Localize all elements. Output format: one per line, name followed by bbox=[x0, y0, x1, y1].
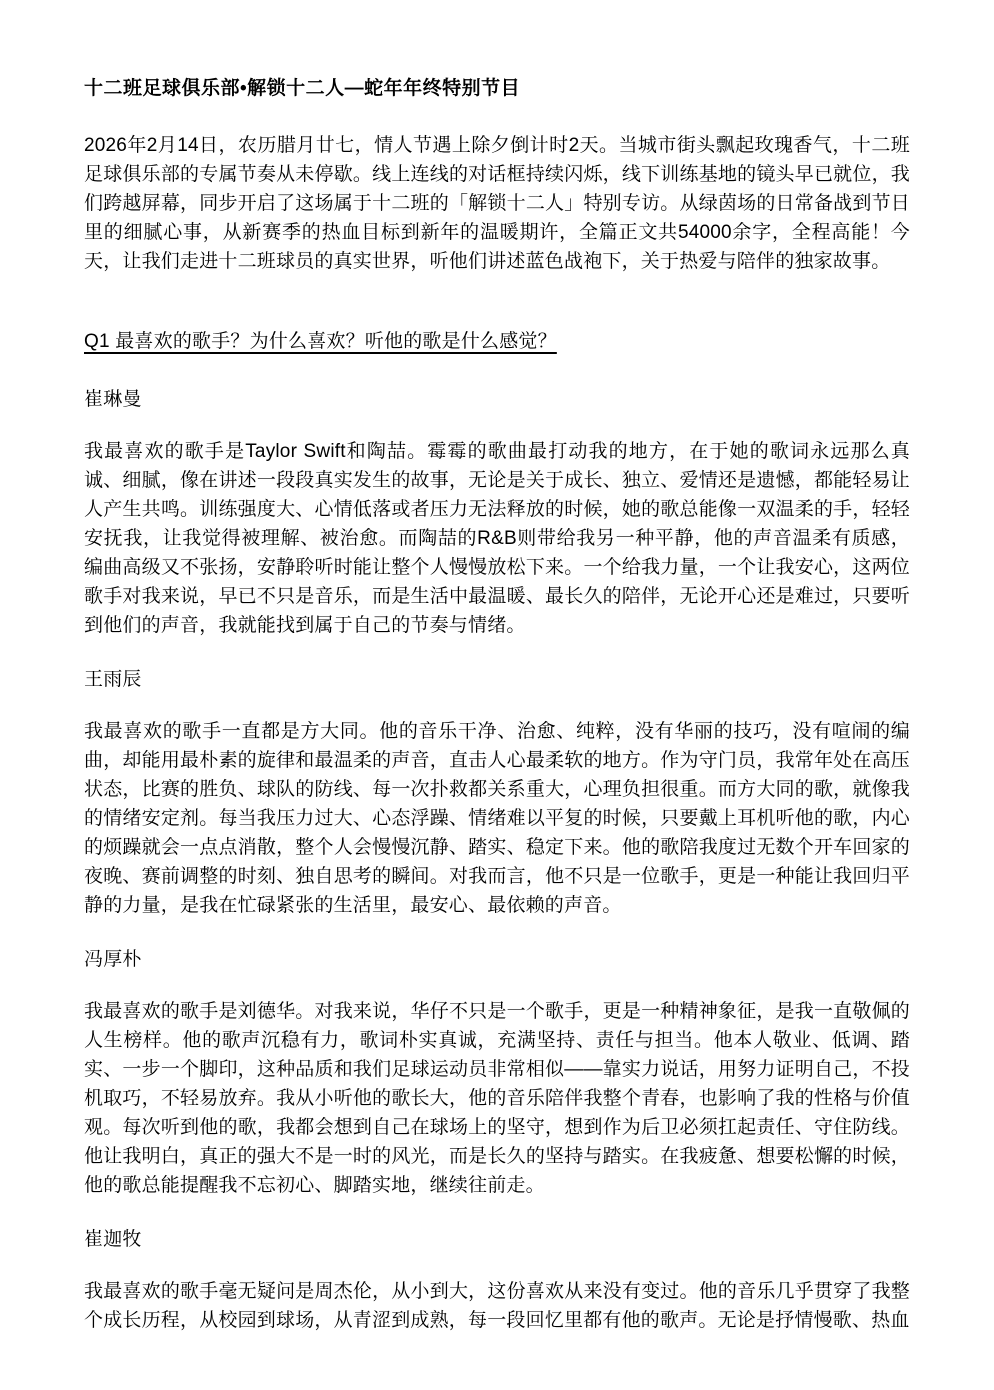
answer-text: 我最喜欢的歌手毫无疑问是周杰伦，从小到大，这份喜欢从来没有变过。他的音乐几乎贯穿… bbox=[84, 1277, 910, 1335]
answer-section-wang-yuchen: 王雨辰 我最喜欢的歌手一直都是方大同。他的音乐干净、治愈、纯粹，没有华丽的技巧，… bbox=[84, 665, 910, 920]
answer-text: 我最喜欢的歌手是Taylor Swift和陶喆。霉霉的歌曲最打动我的地方，在于她… bbox=[84, 437, 910, 640]
player-name: 王雨辰 bbox=[84, 665, 910, 694]
answer-section-cui-jiamu: 崔迦牧 我最喜欢的歌手毫无疑问是周杰伦，从小到大，这份喜欢从来没有变过。他的音乐… bbox=[84, 1225, 910, 1335]
player-name: 冯厚朴 bbox=[84, 945, 910, 974]
answer-text: 我最喜欢的歌手是刘德华。对我来说，华仔不只是一个歌手，更是一种精神象征，是我一直… bbox=[84, 997, 910, 1200]
player-name: 崔琳曼 bbox=[84, 385, 910, 414]
answer-section-feng-houpu: 冯厚朴 我最喜欢的歌手是刘德华。对我来说，华仔不只是一个歌手，更是一种精神象征，… bbox=[84, 945, 910, 1200]
answer-text: 我最喜欢的歌手一直都是方大同。他的音乐干净、治愈、纯粹，没有华丽的技巧，没有喧闹… bbox=[84, 717, 910, 920]
player-name: 崔迦牧 bbox=[84, 1225, 910, 1254]
answer-section-cui-linman: 崔琳曼 我最喜欢的歌手是Taylor Swift和陶喆。霉霉的歌曲最打动我的地方… bbox=[84, 385, 910, 640]
intro-paragraph: 2026年2月14日，农历腊月廿七，情人节遇上除夕倒计时2天。当城市街头飘起玫瑰… bbox=[84, 131, 910, 276]
question-q1-heading: Q1 最喜欢的歌手？为什么喜欢？听他的歌是什么感觉？ bbox=[84, 327, 910, 356]
document-title: 十二班足球俱乐部•解锁十二人—蛇年年终特别节目 bbox=[84, 74, 910, 103]
document-page: 十二班足球俱乐部•解锁十二人—蛇年年终特别节目 2026年2月14日，农历腊月廿… bbox=[0, 0, 994, 1390]
